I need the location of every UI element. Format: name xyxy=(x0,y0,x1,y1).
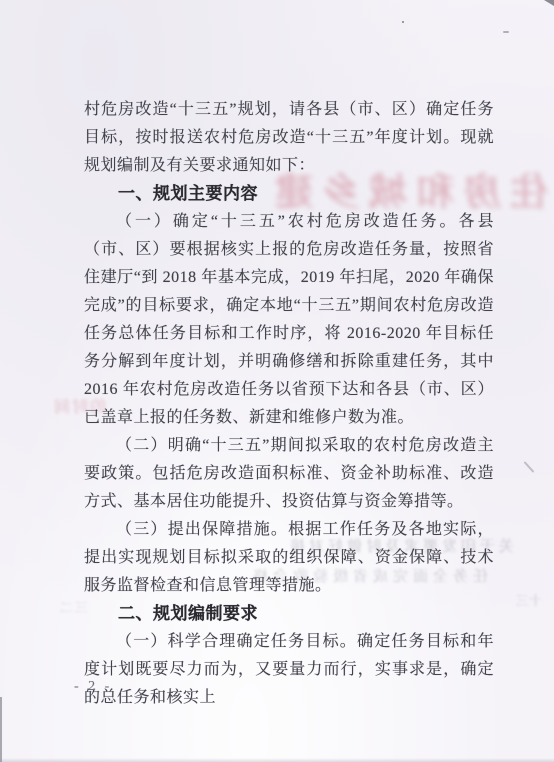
paragraph: （一）确定“十三五”农村危房改造任务。各县（市、区）要根据核实上报的危房改造任务… xyxy=(84,208,494,432)
page-number: - 2 - xyxy=(74,679,112,695)
paragraph: 村危房改造“十三五”规划，请各县（市、区）确定任务目标，按时报送农村危房改造“十… xyxy=(84,96,494,180)
scan-speck xyxy=(524,461,535,473)
section-heading: 二、规划编制要求 xyxy=(84,600,494,628)
paragraph: （二）明确“十三五”期间拟采取的农村危房改造主要政策。包括危房改造面积标准、资金… xyxy=(84,432,494,516)
paragraph: （一）科学合理确定任务目标。确定任务目标和年度计划既要尽力而为，又要量力而行，实… xyxy=(84,628,494,712)
section-heading: 一、规划主要内容 xyxy=(84,180,494,208)
document-body: 村危房改造“十三五”规划，请各县（市、区）确定任务目标，按时报送农村危房改造“十… xyxy=(84,96,494,712)
scan-edge-mark xyxy=(544,0,554,6)
scan-edge-mark xyxy=(0,697,2,762)
paragraph: （三）提出保障措施。根据工作任务及各地实际，提出实现规划目标拟采取的组织保障、资… xyxy=(84,516,494,600)
scan-edge-shade xyxy=(0,758,554,762)
scan-speck xyxy=(503,31,509,33)
bleedthrough-gray-line: 十三 xyxy=(516,590,542,609)
scanned-document-page: 住房和城乡建 的时间 关于印发要求及时做好对接 任务全面完成省级验收合格 三二 … xyxy=(0,0,554,762)
scan-speck xyxy=(402,21,404,23)
